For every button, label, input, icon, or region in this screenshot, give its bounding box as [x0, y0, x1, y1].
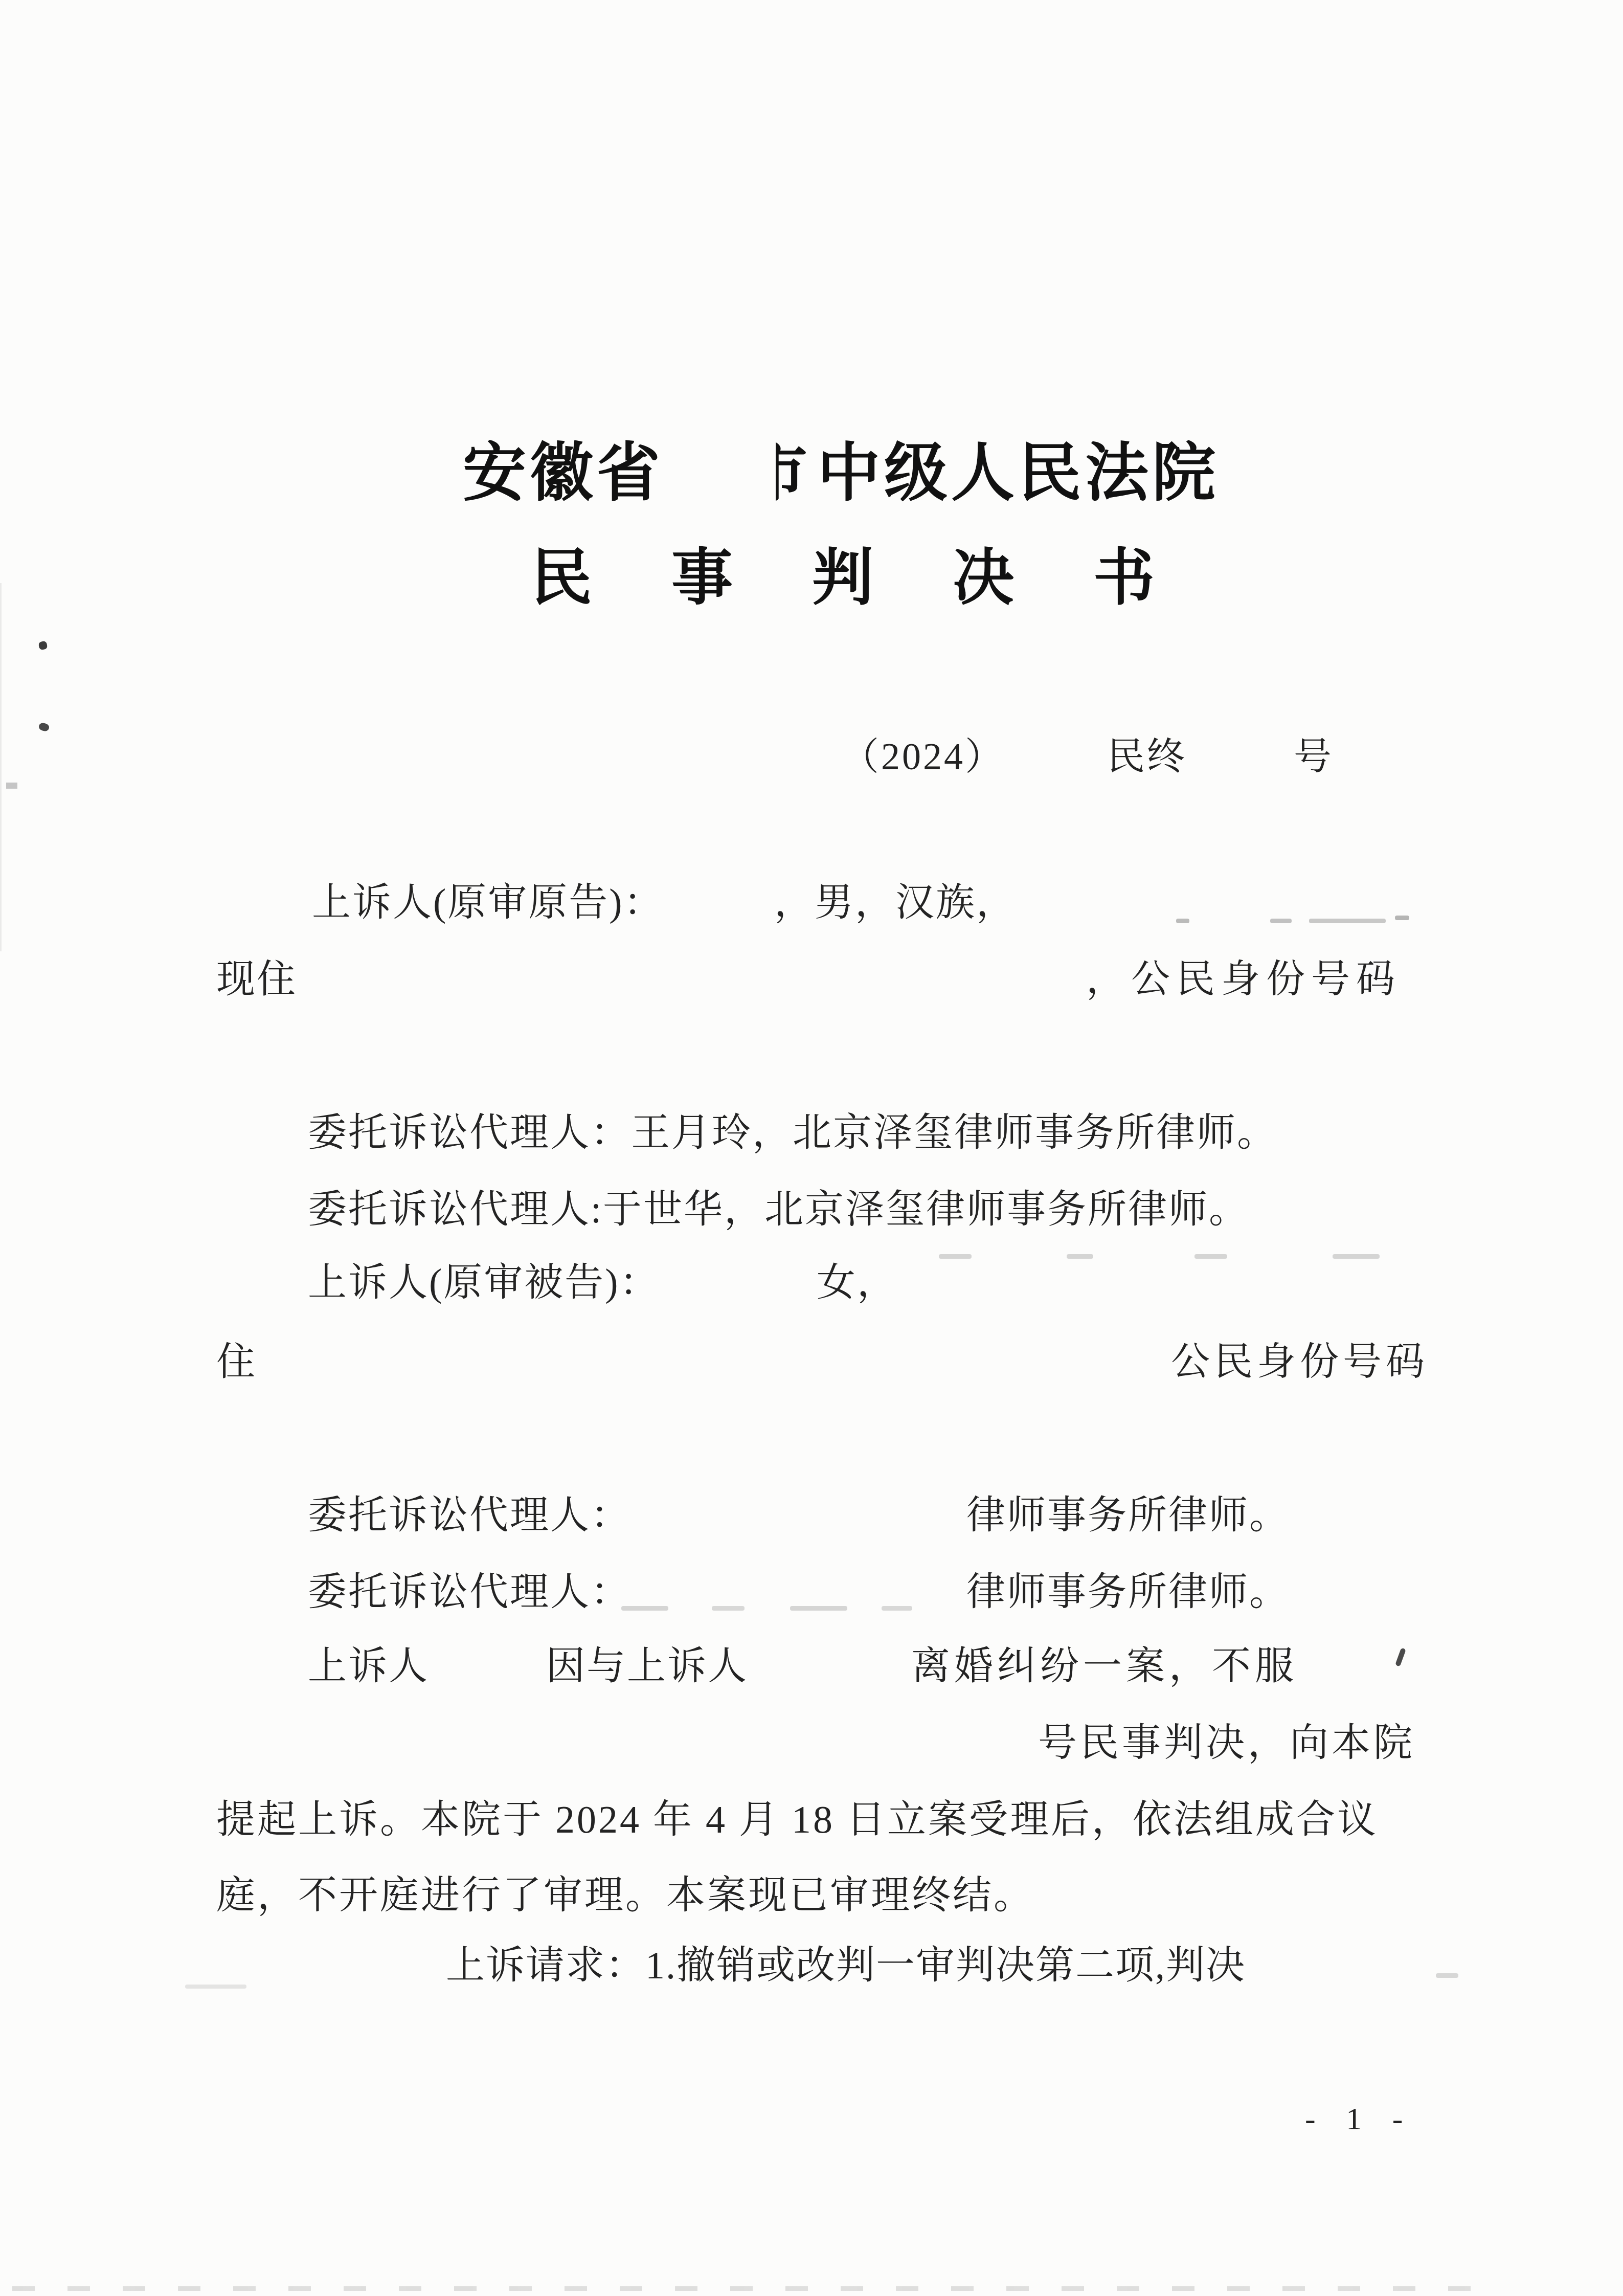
ink-speck [38, 722, 50, 732]
case-type-code: 民终 [1107, 738, 1187, 776]
redaction-artifact [1270, 919, 1292, 923]
redaction-artifact [939, 1254, 972, 1259]
redaction-artifact [1333, 1254, 1380, 1259]
ink-speck [38, 641, 48, 651]
redaction-artifact [1194, 1254, 1227, 1259]
appellant1-address-prefix: 现住 [216, 960, 297, 999]
intro-trial-conclusion: 庭，不开庭进行了审理。本案现已审理终结。 [216, 1876, 1034, 1915]
redaction-artifact [712, 1606, 745, 1611]
intro-judgment-ref: 号民事判决，向本院 [1038, 1724, 1415, 1763]
scan-bottom-artifact [12, 2286, 1485, 2291]
agent1-line: 委托诉讼代理人：王月玲，北京泽玺律师事务所律师。 [308, 1113, 1277, 1152]
redaction-artifact [1176, 919, 1189, 923]
appellant2-id-label: 公民身份号码 [1171, 1343, 1429, 1381]
intro-appellant: 上诉人 [308, 1647, 429, 1686]
appellant2-info: 女， [817, 1263, 897, 1302]
appellant1-id-label: ，公民身份号码 [1086, 960, 1401, 999]
court-province: 安徽省 [463, 441, 664, 505]
court-name-suffix: 中级人民法院 [817, 441, 1219, 505]
judgment-document-page: 安徽省 市 中级人民法院 民事判决书 （2024） 民终 号 上诉人(原审原告)… [0, 0, 1623, 2296]
appellant1-label: 上诉人(原审原告)： [312, 883, 664, 922]
intro-case-type: 离婚纠纷一案，不服 [911, 1647, 1298, 1686]
redaction-artifact [882, 1606, 912, 1611]
redaction-artifact [185, 1985, 246, 1989]
appeal-request: 上诉请求：1.撤销或改判一审判决第二项,判决 [446, 1946, 1246, 1985]
redaction-artifact [1309, 919, 1386, 923]
page-number: - 1 - [1305, 2103, 1414, 2135]
agent2-line: 委托诉讼代理人:于世华，北京泽玺律师事务所律师。 [308, 1190, 1249, 1229]
appellant2-address-prefix: 住 [216, 1343, 257, 1381]
scan-edge-line [0, 583, 2, 951]
appellant1-info: ，男，汉族， [774, 883, 1017, 922]
document-title: 民事判决书 [531, 547, 1234, 609]
agent4-label: 委托诉讼代理人： [308, 1573, 631, 1612]
court-city-partial-char: 市 [744, 441, 810, 505]
agent3-label: 委托诉讼代理人： [308, 1496, 631, 1535]
stray-comma-mark [1395, 1647, 1406, 1666]
ink-speck [6, 783, 17, 789]
appellant2-label: 上诉人(原审被告)： [308, 1263, 660, 1302]
intro-versus: 因与上诉人 [546, 1647, 748, 1686]
case-year: （2024） [841, 738, 1005, 776]
redaction-artifact [1067, 1254, 1093, 1259]
redaction-artifact [790, 1606, 847, 1611]
redaction-artifact [1436, 1973, 1458, 1978]
agent4-firm-suffix: 律师事务所律师。 [966, 1573, 1290, 1612]
redaction-artifact [1395, 916, 1409, 920]
intro-filing: 提起上诉。本院于 2024 年 4 月 18 日立案受理后，依法组成合议 [216, 1800, 1378, 1839]
case-number-suffix: 号 [1294, 738, 1334, 776]
agent3-firm-suffix: 律师事务所律师。 [966, 1496, 1290, 1535]
